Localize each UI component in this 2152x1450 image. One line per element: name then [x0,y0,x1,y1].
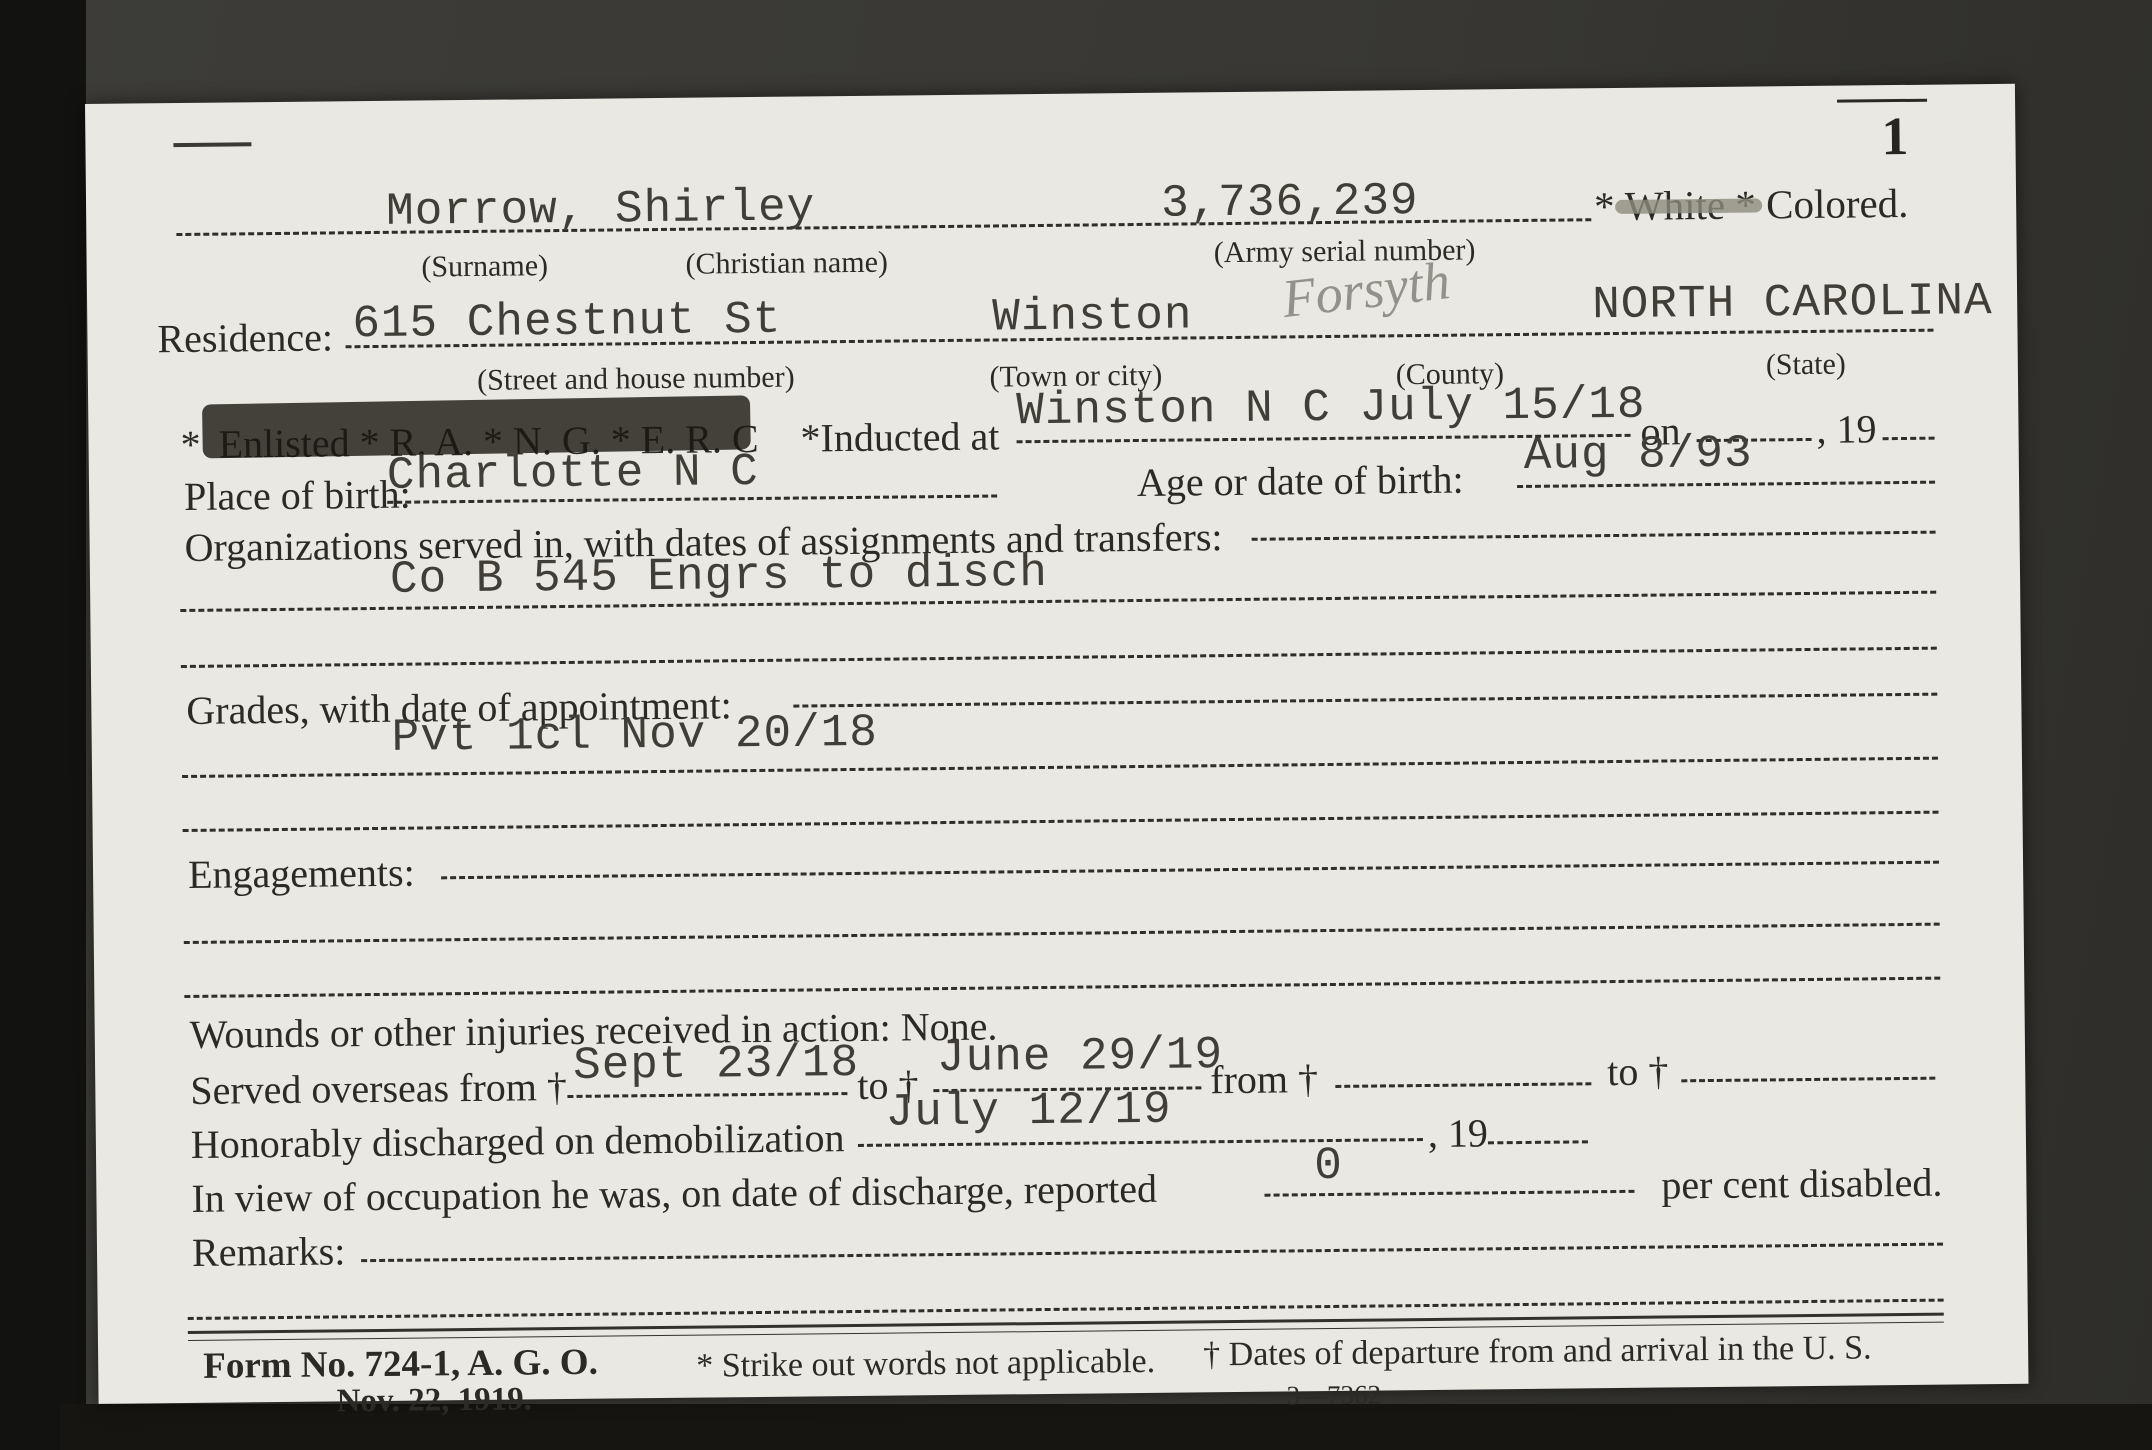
discharge-year-label: , 19 [1428,1111,1488,1156]
remarks-label: Remarks: [192,1229,346,1275]
page-number-rule [1837,99,1927,103]
discharge-year-line [1488,1140,1588,1144]
grades-line-3 [183,811,1939,832]
organizations-line-3 [181,647,1937,668]
state-caption: (State) [1766,348,1846,382]
page-number: 1 [1881,109,1909,163]
discharge-date-field: July 12/19 [885,1087,1172,1136]
engagements-line-3 [184,977,1940,998]
overseas-from1-field: Sept 23/18 [573,1040,860,1089]
form-date: Nov. 22, 1919. [336,1381,532,1419]
town-field: Winston [992,292,1193,340]
footnote-strike-out: * Strike out words not applicable. [696,1343,1155,1385]
year-19-label: , 19 [1816,407,1876,452]
street-field: 615 Chestnut St [352,297,782,347]
place-of-birth-label: Place of birth: [184,473,411,519]
disability-value-field: 0 [1314,1143,1343,1189]
christian-name-caption: (Christian name) [685,246,888,281]
age-field: Aug 8/93 [1524,431,1753,479]
discharge-label: Honorably discharged on demobilization [191,1116,845,1167]
grades-field: Pvt 1cl Nov 20/18 [391,710,878,761]
street-caption: (Street and house number) [477,361,795,397]
service-record-card: 1 Morrow, Shirley 3,736,239 * White * Co… [85,84,2029,1404]
race-colored: Colored. [1766,180,1909,227]
overseas-from1-line [567,1092,847,1098]
grades-line-1 [793,693,1937,708]
overseas-from2-line [1335,1082,1591,1088]
overseas-to1-field: June 29/19 [937,1032,1224,1081]
engagements-label: Engagements: [188,851,415,897]
overseas-from2-label: from † [1210,1057,1318,1102]
pencil-strikethrough [1615,198,1762,214]
engagements-line-1 [441,861,1939,880]
disability-suffix: per cent disabled. [1661,1161,1942,1208]
organizations-field: Co B 545 Engrs to disch [390,550,1048,603]
year-blank-line [1883,437,1935,441]
state-field: NORTH CAROLINA [1592,278,1993,328]
age-line [1517,481,1935,488]
print-code: 3—7362 [1286,1380,1381,1411]
serial-number-field: 3,736,239 [1161,178,1419,227]
form-number: Form No. 724-1, A. G. O. [203,1343,598,1388]
race-white-struck: White * [1625,183,1756,229]
overseas-to2-line [1681,1077,1935,1083]
disability-label: In view of occupation he was, on date of… [191,1167,1157,1221]
inducted-label: *Inducted at [800,414,999,460]
corner-dash-mark [173,142,251,147]
place-of-birth-field: Charlotte N C [387,449,759,499]
name-field: Morrow, Shirley [386,184,816,234]
race-options: * White * Colored. [1594,181,1909,229]
age-label: Age or date of birth: [1137,458,1464,505]
enlisted-star: * [180,423,200,467]
inducted-at-field: Winston N C July 15/18 [1016,382,1646,435]
remarks-line-1 [361,1243,1943,1263]
race-star1: * [1594,183,1615,229]
surname-caption: (Surname) [421,249,548,283]
engagements-line-2 [184,923,1940,944]
overseas-label: Served overseas from † [190,1065,567,1113]
overseas-to2-label: to † [1607,1049,1669,1094]
organizations-line-1 [1252,531,1936,541]
footnote-dates: † Dates of departure from and arrival in… [1203,1329,1872,1373]
residence-label: Residence: [157,315,333,361]
scan-left-edge [0,0,86,1450]
scan-background: 1 Morrow, Shirley 3,736,239 * White * Co… [0,0,2152,1450]
